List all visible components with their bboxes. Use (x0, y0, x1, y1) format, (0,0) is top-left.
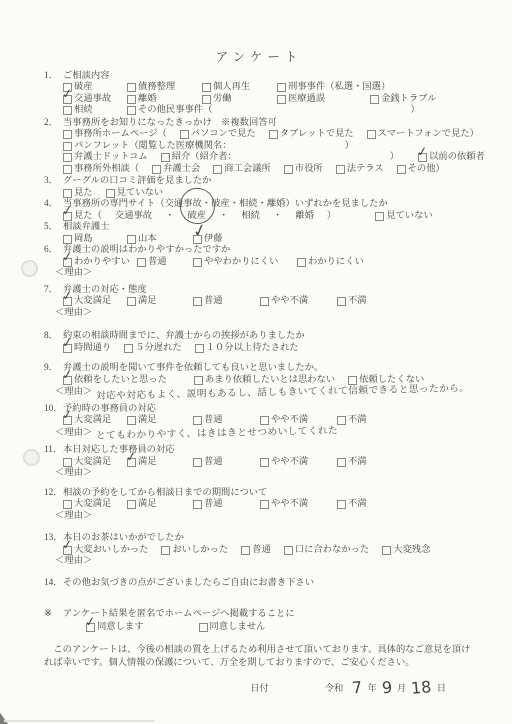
checkbox (367, 130, 376, 139)
option-label: 不満 (348, 415, 367, 427)
handwritten-month: 9 (381, 680, 393, 697)
checkbox (194, 376, 203, 385)
option-label: 大変満足 (74, 457, 111, 469)
option: わかりにくい (297, 257, 364, 269)
question-10: 10．予約時の事務員の対応大変満足満足普通やや不満不満＜理由＞とてもわかりやすく… (44, 404, 474, 440)
checkbox (193, 297, 202, 306)
checkbox (127, 416, 136, 425)
option: ） (390, 152, 399, 164)
question-number: 12． (44, 488, 63, 500)
reason-label: ＜理由＞ (55, 511, 92, 523)
option-label: 商工会議所 (224, 164, 271, 176)
option-label: 普通 (204, 499, 223, 511)
checkbox (193, 416, 202, 425)
option-row: 大変満足満足普通やや不満不満 (44, 415, 474, 427)
question-title: ご相談内容 (63, 71, 110, 83)
option-label: やや不満 (271, 296, 308, 308)
option: 見た（ (63, 211, 102, 223)
checkbox (161, 153, 170, 162)
checkbox (180, 130, 189, 139)
question-14: 14．その他お気づきの点がございましたらご自由にお書き下さい (44, 578, 474, 590)
checkbox (193, 258, 202, 267)
checkbox (63, 142, 72, 151)
option-row: 事務所ホームページ（パソコンで見たタブレットで見たスマートフォンで見た） (44, 129, 474, 141)
option-label: わかりやすい (74, 257, 130, 269)
handwritten-year: 7 (352, 680, 364, 697)
consent-marker: ※ (44, 609, 63, 621)
day-unit: 日 (437, 684, 446, 696)
option-row: 岡島山本伊藤 (44, 234, 474, 246)
checkbox (241, 546, 250, 555)
option: 依頼をしたいと思った (63, 375, 167, 387)
option: 見ていない (375, 211, 433, 223)
option: 不満 (337, 499, 367, 511)
option: やや不満 (260, 499, 337, 511)
option-label: 満足 (138, 457, 157, 469)
option-label: おいしかった (172, 545, 228, 557)
option: 相続 (63, 105, 127, 117)
option-label: 離婚 (138, 94, 157, 106)
checkbox-checked (63, 95, 72, 104)
checkbox (63, 130, 72, 139)
option: 普通 (193, 415, 260, 427)
checkbox (370, 95, 379, 104)
option-label: タブレットで見た (280, 129, 354, 141)
option-label: 不満 (348, 457, 367, 469)
era-label: 令和 (325, 684, 344, 696)
option: 紹介（紹介者： (161, 152, 237, 164)
reason-line: ＜理由＞対応や対応もよく、説明もあるし、話しもきいてくれて信頼できると思ったから… (44, 386, 474, 399)
option-label: その他） (408, 164, 445, 176)
option-label: 同意しません (210, 622, 266, 634)
checkbox (284, 165, 293, 174)
punch-hole (23, 449, 40, 466)
option: 岡島 (63, 234, 127, 246)
checkbox (63, 500, 72, 509)
question-4: 4．当事務所の専門サイト（交通事故・破産・相続・離婚）いずれかを見ましたか見た（… (44, 199, 474, 222)
consent-agree-option: 同意します (86, 622, 144, 634)
questions: 1．ご相談内容破産債務整理個人再生刑事事件（私選・国選）交通事故離婚労働医療過誤… (44, 71, 474, 590)
option-label: 口に合わなかった (295, 545, 369, 557)
month-unit: 月 (397, 684, 406, 696)
checkbox (337, 458, 346, 467)
option: 刑事事件（私選・国選） (277, 82, 390, 94)
checkbox-checked (86, 623, 95, 632)
date-line: 日付 令和 7 年 9 月 18 日 (44, 678, 474, 696)
reason-line: ＜理由＞ (44, 268, 474, 280)
option: 事務所外相談（ (63, 164, 139, 176)
option-label: ） (410, 105, 419, 117)
option: 満足 (127, 499, 193, 511)
option: 不満 (337, 415, 367, 427)
reason-label: ＜理由＞ (55, 468, 92, 480)
checkbox (260, 458, 269, 467)
option: 山本 (127, 234, 193, 246)
footer-note: このアンケートは、今後の相談の質を上げるため利用させて頂いております。具体的なご… (44, 644, 474, 669)
option-label: １０分以上待たされた (206, 343, 299, 355)
option-label: 時間通り (74, 343, 111, 355)
consent-disagree-option: 同意しません (199, 622, 266, 634)
option: 時間通り (63, 343, 111, 355)
option-label: 大変おいしかった (74, 545, 148, 557)
question-title: その他お気づきの点がございましたらご自由にお書き下さい (63, 578, 314, 590)
question-8: 8．約束の相談時間までに、弁護士からの挨拶がありましたか時間通り５分遅れた１０分… (44, 331, 474, 354)
question-title: 当事務所の専門サイト（交通事故・破産・相続・離婚）いずれかを見ましたか (63, 199, 388, 211)
option-row: 見た見ていない (44, 188, 474, 200)
option-label: 満足 (138, 296, 157, 308)
option-label: 債務整理 (138, 82, 175, 94)
checkbox (193, 458, 202, 467)
date-label: 日付 (250, 684, 269, 696)
option: パソコンで見た (180, 129, 256, 141)
option-label: 普通 (204, 415, 223, 427)
option-label: 事務所外相談（ (74, 164, 139, 176)
option: その他民事事件（ (127, 105, 212, 117)
question-title: 当事務所をお知りになったきっかけ ※複数回答可 (63, 118, 277, 130)
option: ・ (219, 211, 228, 223)
checkbox (260, 297, 269, 306)
option-label: 大変残念 (393, 545, 430, 557)
option-label: やや不満 (271, 499, 308, 511)
option-label: 不満 (348, 499, 367, 511)
option: やや不満 (260, 296, 337, 308)
option-label: 大変満足 (74, 415, 111, 427)
checkbox (202, 95, 211, 104)
checkbox (127, 106, 136, 115)
option-label: スマートフォンで見た） (378, 129, 479, 141)
option-label: わかりにくい (308, 257, 364, 269)
question-title: 弁護士の説明を聞いて事件を依頼しても良いと思いましたか。 (63, 363, 323, 375)
checkbox (195, 344, 204, 353)
option-label: 交通事故 (115, 211, 152, 223)
page-title: アンケート (44, 52, 474, 64)
checkbox-checked (63, 344, 72, 353)
question-7: 7．弁護士の対応・態度大変満足満足普通やや不満不満＜理由＞ (44, 285, 474, 320)
option: 相続 (241, 211, 260, 223)
option-label: ややわかりにくい (204, 257, 278, 269)
option-label: 普通 (204, 296, 223, 308)
option-row: 大変満足満足普通やや不満不満 (44, 457, 474, 469)
question-title: 相談の予約をしてから相談日までの期間について (63, 488, 267, 500)
option: 離婚 (127, 94, 202, 106)
checkbox (63, 165, 72, 174)
reason-line: ＜理由＞ (44, 468, 474, 480)
option: スマートフォンで見た） (367, 129, 479, 141)
option-label: 見ていない (117, 188, 164, 200)
question-title: 約束の相談時間までに、弁護士からの挨拶がありましたか (63, 331, 305, 343)
option: 満足 (127, 457, 193, 469)
option: ） (345, 141, 354, 153)
option: ５分遅れた (124, 343, 182, 355)
option-label: 金銭トラブル (381, 94, 436, 106)
option-label: 労働 (213, 94, 232, 106)
option: わかりやすい (63, 257, 137, 269)
punch-hole (21, 260, 38, 277)
option: 満足 (127, 296, 193, 308)
option: 法テラス (336, 164, 384, 176)
reason-line: ＜理由＞とてもわかりやすく、はきはきとせつめいしてくれた (44, 427, 474, 440)
option-label: 個人再生 (213, 82, 250, 94)
option: 見た (63, 188, 93, 200)
option-row: 弁護士ドットコム紹介（紹介者：）以前の依頼者 (44, 152, 474, 164)
checkbox (397, 165, 406, 174)
checkbox (277, 95, 286, 104)
option-row: 大変おいしかったおいしかった普通口に合わなかった大変残念 (44, 545, 474, 557)
option-row: 時間通り５分遅れた１０分以上待たされた (44, 343, 474, 355)
checkbox (199, 623, 208, 632)
checkbox (127, 83, 136, 92)
option-row: 大変満足満足普通やや不満不満 (44, 499, 474, 511)
reason-line: ＜理由＞ (44, 511, 474, 523)
option: 見ていない (106, 188, 164, 200)
option: 普通 (137, 257, 193, 269)
checkbox-checked (193, 235, 202, 244)
option-label: 紹介（紹介者： (172, 152, 237, 164)
question-title: 弁護士の説明はわかりやすかったですか (63, 245, 230, 257)
checkbox-checked (63, 297, 72, 306)
option-label: パンフレット（閲覧した医療機関名： (74, 141, 232, 153)
option: ・ (165, 211, 174, 223)
checkbox (269, 130, 278, 139)
question-title: 相談弁護士 (63, 222, 110, 234)
option-label: やや不満 (271, 415, 308, 427)
option-row: 相続その他民事事件（） (44, 105, 474, 117)
option: 大変満足 (63, 499, 127, 511)
option: その他） (397, 164, 445, 176)
question-5: 5．相談弁護士岡島山本伊藤 (44, 222, 474, 245)
option-label: 大変満足 (74, 499, 111, 511)
option-label: 満足 (138, 415, 157, 427)
checkbox (63, 153, 72, 162)
question-number: 1． (44, 71, 63, 83)
option-label: 法テラス (347, 164, 384, 176)
option-label: 同意します (97, 622, 144, 634)
checkbox (127, 95, 136, 104)
question-3: 3．グーグルの口コミ評価を見ましたか見た見ていない (44, 176, 474, 199)
checkbox (193, 500, 202, 509)
option: 交通事故 (63, 94, 127, 106)
checkbox-checked (418, 153, 427, 162)
option-label: ・ (165, 211, 174, 223)
option: 大変満足 (63, 415, 127, 427)
handwritten-day: 18 (411, 679, 433, 697)
question-title: グーグルの口コミ評価を見ましたか (63, 176, 211, 188)
consent-text: アンケート結果を匿名でホームページへ掲載することに (63, 609, 295, 621)
option-row: 交通事故離婚労働医療過誤金銭トラブル (44, 94, 474, 106)
year-unit: 年 (368, 684, 377, 696)
option-label: 普通 (148, 257, 167, 269)
reason-label: ＜理由＞ (55, 428, 92, 440)
checkbox (63, 458, 72, 467)
option-label: 刑事事件（私選・国選） (288, 82, 390, 94)
question-11: 11．本日対応した事務員の対応大変満足満足普通やや不満不満＜理由＞ (44, 445, 474, 480)
checkbox-checked (127, 458, 136, 467)
question-title: 本日対応した事務員の対応 (63, 445, 175, 457)
checkbox (336, 165, 345, 174)
option: 商工会議所 (213, 164, 271, 176)
option: 市役所 (284, 164, 323, 176)
option-label: 普通 (252, 545, 271, 557)
option-row: 破産債務整理個人再生刑事事件（私選・国選） (44, 82, 474, 94)
option: パンフレット（閲覧した医療機関名： (63, 141, 232, 153)
question-6: 6．弁護士の説明はわかりやすかったですかわかりやすい普通ややわかりにくいわかりに… (44, 245, 474, 280)
option: 大変残念 (382, 545, 430, 557)
option: 事務所ホームページ（ (63, 129, 167, 141)
option-row: 事務所外相談（弁護士会商工会議所市役所法テラスその他） (44, 164, 474, 176)
option: １０分以上待たされた (195, 343, 299, 355)
checkbox (375, 212, 384, 221)
option-label: 見ていない (386, 211, 433, 223)
option-label: 弁護士ドットコム (74, 152, 148, 164)
option: 口に合わなかった (284, 545, 369, 557)
checkbox (202, 83, 211, 92)
option: ） (327, 211, 336, 223)
checkbox (127, 500, 136, 509)
checkbox (260, 500, 269, 509)
question-title: 予約時の事務員の対応 (63, 404, 156, 416)
option-label: 見た（ (74, 211, 102, 223)
option: 金銭トラブル (370, 94, 436, 106)
option-label: 普通 (204, 457, 223, 469)
option: 債務整理 (127, 82, 202, 94)
checkbox (277, 83, 286, 92)
checkbox (63, 235, 72, 244)
option-label: 相続 (74, 105, 93, 117)
checkbox (337, 416, 346, 425)
option: 大変満足 (63, 457, 127, 469)
reason-label: ＜理由＞ (55, 268, 92, 280)
scanned-survey-page: アンケート 1．ご相談内容破産債務整理個人再生刑事事件（私選・国選）交通事故離婚… (0, 0, 512, 724)
option-label: パソコンで見た (191, 129, 256, 141)
option: 医療過誤 (277, 94, 370, 106)
checkbox (137, 258, 146, 267)
option: 伊藤 (193, 234, 223, 246)
option: 以前の依頼者 (418, 152, 485, 164)
checkbox-checked (63, 212, 72, 221)
checkbox (124, 344, 133, 353)
reason-line: ＜理由＞ (44, 556, 474, 568)
option-label: ） (345, 141, 354, 153)
handwritten-reason: とてもわかりやすく、はきはきとせつめいしてくれた (96, 425, 338, 442)
question-title: 弁護士の対応・態度 (63, 285, 147, 297)
option: 交通事故 (115, 211, 152, 223)
reason-line: ＜理由＞ (44, 308, 474, 320)
option-row: 見た（交通事故・破産・相続・離婚）見ていない (44, 211, 474, 223)
option: 不満 (337, 296, 367, 308)
option-label: 大変満足 (74, 296, 111, 308)
question-number: 14． (44, 578, 63, 590)
reason-label: ＜理由＞ (55, 387, 92, 399)
option: 個人再生 (202, 82, 277, 94)
option-label: 事務所ホームページ（ (74, 129, 167, 141)
option-label: 不満 (348, 296, 367, 308)
option: 不満 (337, 457, 367, 469)
option: タブレットで見た (269, 129, 354, 141)
question-number: 5． (44, 222, 63, 234)
option-label: やや不満 (271, 457, 308, 469)
reason-label: ＜理由＞ (55, 556, 92, 568)
option: 大変おいしかった (63, 545, 148, 557)
option-label: ・ (219, 211, 228, 223)
checkbox-checked (63, 546, 72, 555)
option-label: ） (327, 211, 336, 223)
checkbox (127, 235, 136, 244)
consent-section: ※ アンケート結果を匿名でホームページへ掲載することに 同意します 同意しません (44, 609, 474, 633)
option: やや不満 (260, 457, 337, 469)
option-label: 離婚 (295, 211, 314, 223)
option-label: 弁護士会 (163, 164, 200, 176)
option-label: 相続 (241, 211, 260, 223)
option: ややわかりにくい (193, 257, 297, 269)
option-row: わかりやすい普通ややわかりにくいわかりにくい (44, 257, 474, 269)
option-row: 大変満足満足普通やや不満不満 (44, 296, 474, 308)
checkbox (213, 165, 222, 174)
checkbox-checked (63, 258, 72, 267)
option: 普通 (193, 457, 260, 469)
checkbox (297, 258, 306, 267)
option-label: 満足 (138, 499, 157, 511)
checkbox-checked (63, 376, 72, 385)
option-row: パンフレット（閲覧した医療機関名：） (44, 141, 474, 153)
checkbox (382, 546, 391, 555)
option: ） (410, 105, 419, 117)
question-number: 2． (44, 118, 63, 130)
option: 普通 (193, 296, 260, 308)
question-9: 9．弁護士の説明を聞いて事件を依頼しても良いと思いましたか。依頼をしたいと思った… (44, 363, 474, 399)
option-label: 市役所 (295, 164, 323, 176)
question-number: 11． (44, 445, 63, 457)
option: 離婚 (295, 211, 314, 223)
checkbox (152, 165, 161, 174)
option-label: ５分遅れた (135, 343, 182, 355)
option-label: ・ (273, 211, 282, 223)
option: 弁護士会 (152, 164, 200, 176)
checkbox (260, 416, 269, 425)
option-label: 見た (74, 188, 93, 200)
scan-smudge-artifact (4, 720, 154, 722)
checkbox (161, 546, 170, 555)
option: 弁護士ドットコム (63, 152, 148, 164)
checkbox (337, 500, 346, 509)
checkbox-checked (63, 416, 72, 425)
question-number: 3． (44, 176, 63, 188)
question-12: 12．相談の予約をしてから相談日までの期間について大変満足満足普通やや不満不満＜… (44, 488, 474, 523)
option: 大変満足 (63, 296, 127, 308)
question-2: 2．当事務所をお知りになったきっかけ ※複数回答可事務所ホームページ（パソコンで… (44, 118, 474, 176)
option: おいしかった (161, 545, 228, 557)
option-label: 以前の依頼者 (429, 152, 485, 164)
option: ・ (273, 211, 282, 223)
question-1: 1．ご相談内容破産債務整理個人再生刑事事件（私選・国選）交通事故離婚労働医療過誤… (44, 71, 474, 117)
checkbox (127, 297, 136, 306)
option-label: 交通事故 (74, 94, 111, 106)
checkbox (284, 546, 293, 555)
option: 普通 (193, 499, 260, 511)
option: 普通 (241, 545, 271, 557)
option-label: 山本 (138, 234, 157, 246)
option-label: あまり依頼したいとは思わない (205, 375, 335, 387)
checkbox (63, 189, 72, 198)
option-label: その他民事事件（ (138, 105, 212, 117)
option: 満足 (127, 415, 193, 427)
option: あまり依頼したいとは思わない (194, 375, 335, 387)
option: 労働 (202, 94, 277, 106)
question-title: 本日のお茶はいかがでしたか (63, 533, 184, 545)
option-label: ） (390, 152, 399, 164)
checkbox (348, 376, 357, 385)
option-label: 破産 (74, 82, 93, 94)
option-label: 依頼をしたいと思った (74, 375, 167, 387)
